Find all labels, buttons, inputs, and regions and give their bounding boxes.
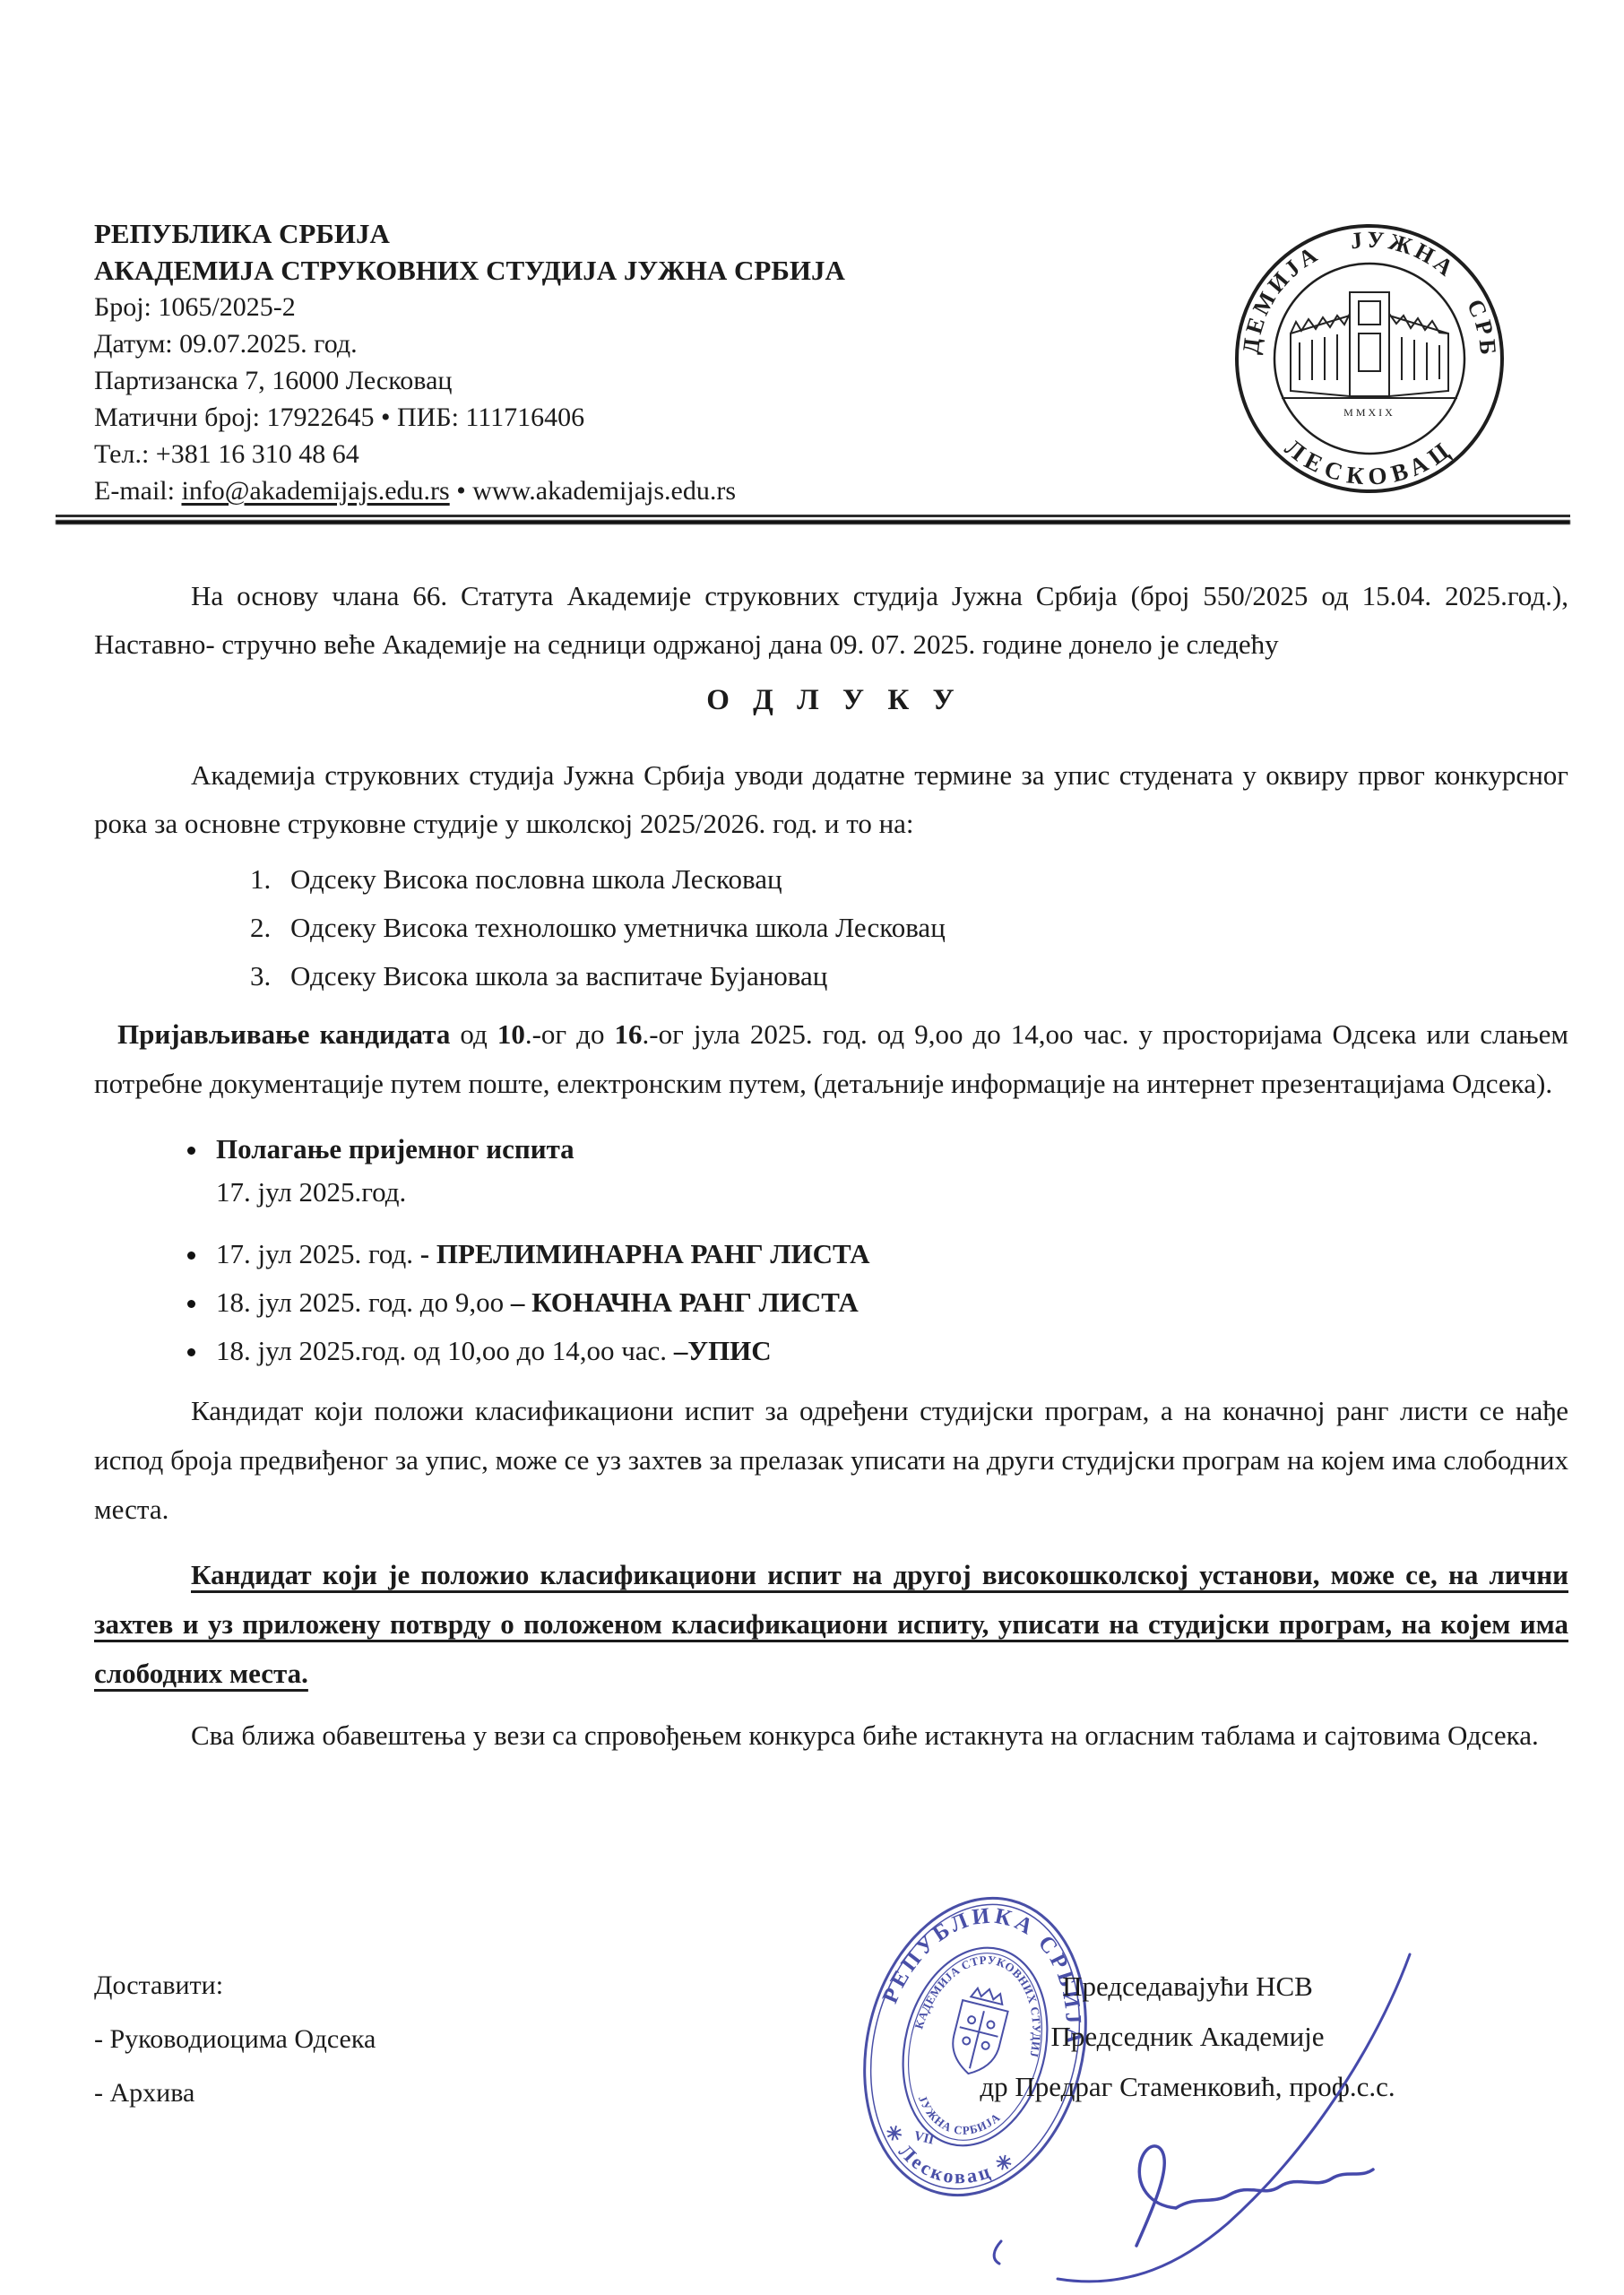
list-item-department-3: Одсеку Висока школа за васпитаче Бујанов… bbox=[278, 952, 1568, 1000]
phone-line: Тел.: +381 16 310 48 64 bbox=[94, 436, 1214, 472]
final-label: – КОНАЧНА РАНГ ЛИСТА bbox=[511, 1286, 859, 1318]
enrollment-date: 18. јул 2025.год. од 10,оо до 14,оо час. bbox=[216, 1335, 674, 1366]
email-line: E-mail: info@akademijajs.edu.rs • www.ak… bbox=[94, 472, 1214, 509]
email-address: info@akademijajs.edu.rs bbox=[181, 476, 449, 506]
decision-title: О Д Л У К У bbox=[94, 676, 1568, 724]
email-label: E-mail: bbox=[94, 476, 181, 506]
republic-line: РЕПУБЛИКА СРБИЈА bbox=[94, 215, 1214, 252]
deliver-label: Доставити: bbox=[94, 1959, 376, 2013]
transfer-paragraph: Кандидат који положи класификациони испи… bbox=[94, 1386, 1568, 1534]
date-from: 10 bbox=[497, 1018, 525, 1050]
bullet-final-list: 18. јул 2025. год. до 9,оо – КОНАЧНА РАН… bbox=[209, 1278, 1568, 1327]
intro-paragraph: На основу члана 66. Статута Академије ст… bbox=[94, 572, 1568, 669]
dot-separator: • bbox=[450, 476, 473, 506]
seal-top-text: АКАДЕМИЈА ЈУЖНА СРБИЈА bbox=[1226, 206, 1501, 359]
enrollment-label: –УПИС bbox=[674, 1335, 772, 1366]
list-item-department-1: Одсеку Висока пословна школа Лесковац bbox=[278, 855, 1568, 904]
final-date: 18. јул 2025. год. до 9,оо bbox=[216, 1286, 511, 1318]
application-text-a: од bbox=[450, 1018, 497, 1050]
entrance-exam-label: Полагање пријемног испита bbox=[216, 1133, 574, 1165]
bullet-enrollment: 18. јул 2025.год. од 10,оо до 14,оо час.… bbox=[209, 1327, 1568, 1375]
handwritten-signature-icon bbox=[914, 1936, 1488, 2295]
seal-bottom-text: ЛЕСКОВАЦ bbox=[1280, 434, 1458, 490]
bullet-preliminary-list: 17. јул 2025. год. - ПРЕЛИМИНАРНА РАНГ Л… bbox=[209, 1230, 1568, 1278]
deliver-item-archive: - Архива bbox=[94, 2066, 376, 2120]
seal-year: MMXIX bbox=[1343, 406, 1395, 419]
seal-building-drawing bbox=[1282, 292, 1457, 398]
website-address: www.akademijajs.edu.rs bbox=[472, 476, 736, 506]
letterhead: РЕПУБЛИКА СРБИЈА АКАДЕМИЈА СТРУКОВНИХ СТ… bbox=[94, 215, 1214, 509]
academy-seal-icon: АКАДЕМИЈА ЈУЖНА СРБИЈА ЛЕСКОВАЦ MMXIX bbox=[1226, 206, 1513, 507]
departments-list: Одсеку Висока пословна школа Лесковац Од… bbox=[94, 855, 1568, 1000]
svg-text:АКАДЕМИЈА ЈУЖНА СРБИЈА: АКАДЕМИЈА ЈУЖНА СРБИЈА bbox=[1226, 206, 1501, 359]
schedule-bullet-list: 17. јул 2025. год. - ПРЕЛИМИНАРНА РАНГ Л… bbox=[94, 1230, 1568, 1375]
other-institution-paragraph: Кандидат који је положио класификациони … bbox=[94, 1550, 1568, 1698]
scanned-decision-document: РЕПУБЛИКА СРБИЈА АКАДЕМИЈА СТРУКОВНИХ СТ… bbox=[0, 0, 1624, 2295]
academy-name-line: АКАДЕМИЈА СТРУКОВНИХ СТУДИЈА ЈУЖНА СРБИЈ… bbox=[94, 252, 1214, 289]
list-item-department-2: Одсеку Висока технолошко уметничка школа… bbox=[278, 904, 1568, 952]
deliver-item-heads: - Руководиоцима Одсека bbox=[94, 2013, 376, 2066]
exam-bullet-list: Полагање пријемног испита 17. јул 2025.г… bbox=[94, 1128, 1568, 1214]
document-date: Датум: 09.07.2025. год. bbox=[94, 325, 1214, 362]
preliminary-date: 17. јул 2025. год. bbox=[216, 1238, 420, 1269]
preliminary-label: - ПРЕЛИМИНАРНА РАНГ ЛИСТА bbox=[420, 1238, 870, 1269]
document-number: Број: 1065/2025-2 bbox=[94, 289, 1214, 325]
application-label: Пријављивање кандидата bbox=[117, 1018, 450, 1050]
distribution-block: Доставити: - Руководиоцима Одсека - Архи… bbox=[94, 1959, 376, 2120]
application-text-b: .-ог до bbox=[525, 1018, 615, 1050]
entrance-exam-date: 17. јул 2025.год. bbox=[216, 1171, 1568, 1214]
document-body: На основу члана 66. Статута Академије ст… bbox=[94, 572, 1568, 1760]
decision-paragraph: Академија струковних студија Јужна Србиј… bbox=[94, 751, 1568, 848]
street-address: Партизанска 7, 16000 Лесковац bbox=[94, 362, 1214, 399]
notices-paragraph: Сва ближа обавештења у вези са спровођењ… bbox=[94, 1710, 1568, 1760]
application-paragraph: Пријављивање кандидата од 10.-ог до 16.-… bbox=[94, 1009, 1568, 1108]
svg-text:ЛЕСКОВАЦ: ЛЕСКОВАЦ bbox=[1280, 434, 1458, 490]
bullet-entrance-exam: Полагање пријемног испита 17. јул 2025.г… bbox=[209, 1128, 1568, 1214]
header-divider bbox=[56, 515, 1570, 524]
registry-pib-line: Матични број: 17922645 • ПИБ: 111716406 bbox=[94, 399, 1214, 436]
date-to: 16 bbox=[615, 1018, 643, 1050]
